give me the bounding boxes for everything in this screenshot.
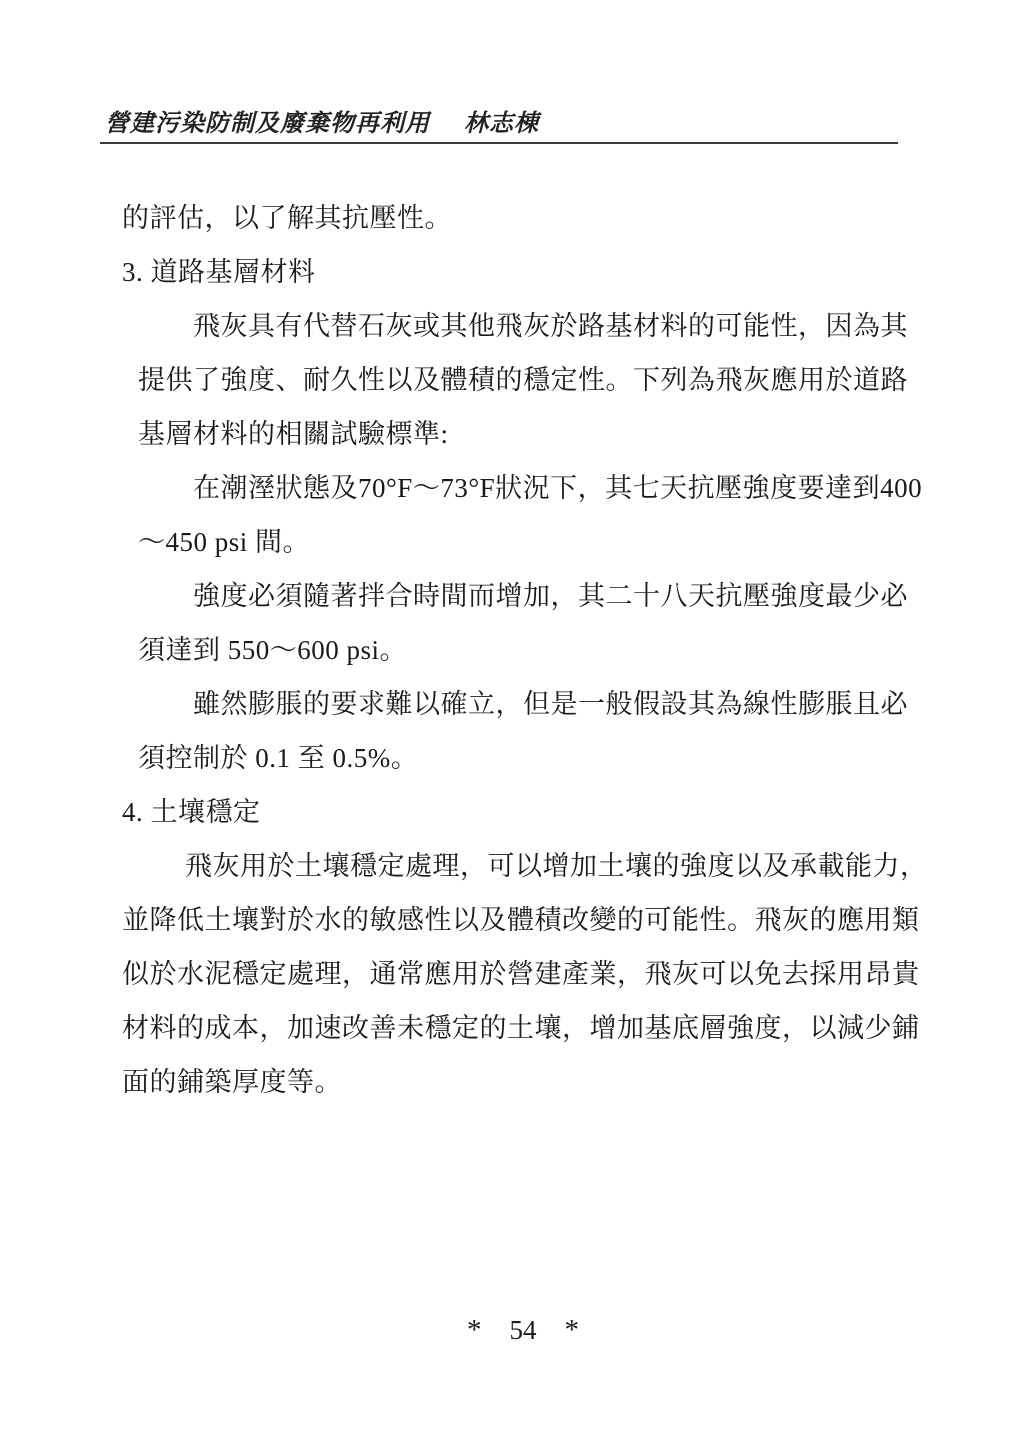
section-heading-3: 3. 道路基層材料 xyxy=(122,245,917,299)
header-title: 營建污染防制及廢棄物再利用 xyxy=(105,103,430,138)
page-footer: * 54 * xyxy=(11,1314,1024,1347)
text-line: 在潮溼狀態及70°F～73°F狀況下，其七天抗壓強度要達到400 xyxy=(122,461,917,515)
text-line: 基層材料的相關試驗標準: xyxy=(122,407,917,461)
header-author: 林志棟 xyxy=(464,103,539,138)
section-heading-4: 4. 土壤穩定 xyxy=(122,785,917,839)
text-line: 材料的成本，加速改善未穩定的土壤，增加基底層強度，以減少鋪 xyxy=(122,1001,917,1055)
page-header: 營建污染防制及廢棄物再利用 林志棟 xyxy=(100,103,898,144)
text-line: 並降低土壤對於水的敏感性以及體積改變的可能性。飛灰的應用類 xyxy=(122,893,917,947)
body-text: 的評估，以了解其抗壓性。 3. 道路基層材料 飛灰具有代替石灰或其他飛灰於路基材… xyxy=(122,191,917,1109)
header-text: 營建污染防制及廢棄物再利用 林志棟 xyxy=(100,103,898,138)
text-line: 飛灰具有代替石灰或其他飛灰於路基材料的可能性，因為其 xyxy=(122,299,917,353)
text-line: 似於水泥穩定處理，通常應用於營建產業，飛灰可以免去採用昂貴 xyxy=(122,947,917,1001)
text-line: 飛灰用於土壤穩定處理，可以增加土壤的強度以及承載能力， xyxy=(122,839,917,893)
text-line: 須達到 550～600 psi。 xyxy=(122,623,917,677)
text-line: 提供了強度、耐久性以及體積的穩定性。下列為飛灰應用於道路 xyxy=(122,353,917,407)
footer-left-asterisk: * xyxy=(467,1314,482,1347)
footer-right-asterisk: * xyxy=(565,1314,580,1347)
text-line: 雖然膨脹的要求難以確立，但是一般假設其為線性膨脹且必 xyxy=(122,677,917,731)
text-line: 的評估，以了解其抗壓性。 xyxy=(122,191,917,245)
text-line: ～450 psi 間。 xyxy=(122,515,917,569)
document-page: 營建污染防制及廢棄物再利用 林志棟 的評估，以了解其抗壓性。 3. 道路基層材料… xyxy=(0,0,1024,1450)
page-number: 54 xyxy=(510,1315,537,1346)
text-line: 須控制於 0.1 至 0.5%。 xyxy=(122,731,917,785)
text-line: 強度必須隨著拌合時間而增加，其二十八天抗壓強度最少必 xyxy=(122,569,917,623)
text-line: 面的鋪築厚度等。 xyxy=(122,1055,917,1109)
